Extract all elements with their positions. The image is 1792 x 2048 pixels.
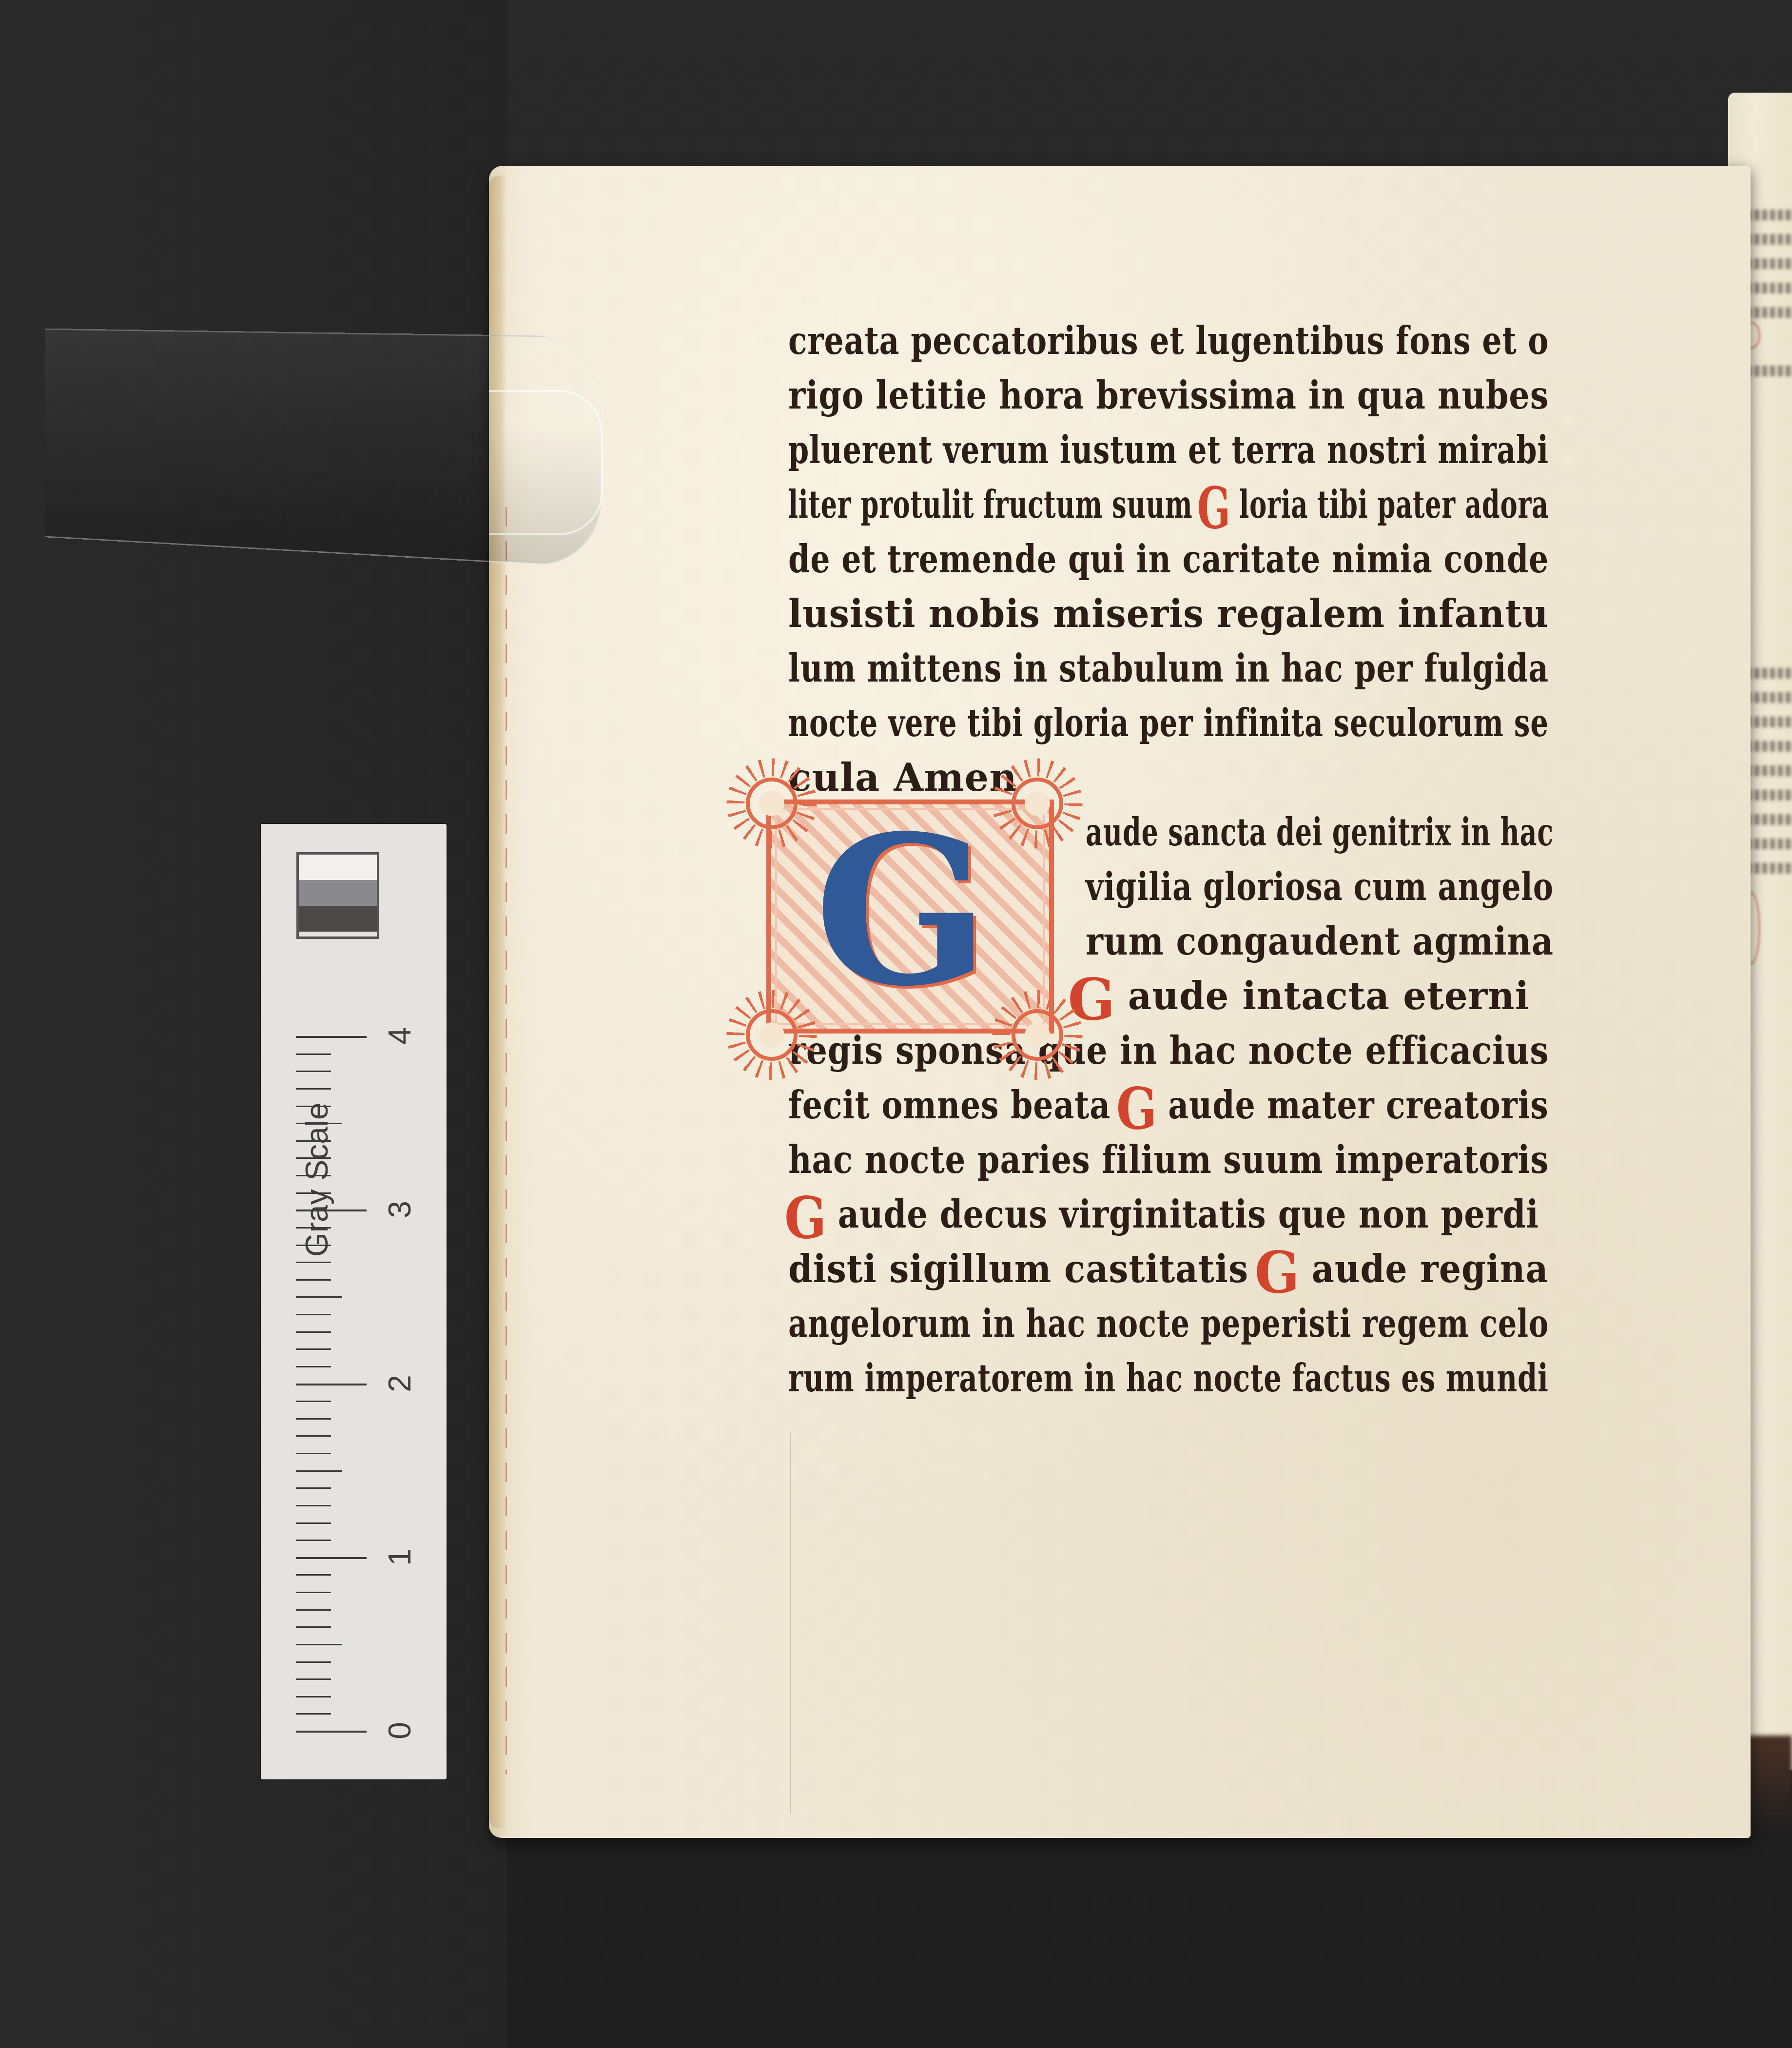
ghost-text-line bbox=[1747, 839, 1792, 849]
ruler-tick bbox=[296, 1609, 331, 1611]
line-text: de et tremende qui in caritate nimia con… bbox=[788, 537, 1549, 582]
rubric-initial: G bbox=[1197, 484, 1231, 532]
illuminated-initial: G bbox=[746, 778, 1058, 1055]
sunburst-ornament-icon bbox=[1012, 778, 1063, 829]
line-text: rigo letitie hora brevissima in qua nube… bbox=[788, 373, 1549, 418]
ruler-tick bbox=[296, 1366, 331, 1367]
ruler-tick bbox=[296, 1401, 331, 1402]
sunburst-ornament-icon bbox=[1012, 1009, 1063, 1061]
rubric-initial: G bbox=[784, 1193, 827, 1242]
ruler-tick bbox=[296, 1227, 331, 1229]
ruler-tick bbox=[296, 1522, 331, 1524]
sunburst-ornament-icon bbox=[746, 778, 798, 829]
ruler-tick bbox=[296, 1036, 367, 1038]
line-text: nocte vere tibi gloria per infinita secu… bbox=[788, 701, 1549, 745]
manuscript-line: creata peccatoribus et lugentibus fons e… bbox=[788, 312, 1549, 371]
ghost-text-line bbox=[1747, 863, 1792, 874]
ruler-tick bbox=[296, 1557, 367, 1559]
ruler-tick bbox=[296, 1209, 367, 1211]
ghost-text-line bbox=[1747, 258, 1792, 269]
manuscript-line: aude sancta dei genitrix in hac bbox=[1086, 803, 1554, 862]
ruler-tick bbox=[296, 1574, 331, 1576]
red-ruling-line bbox=[506, 507, 507, 1775]
manuscript-line: hac nocte paries filium suum imperatoris bbox=[788, 1131, 1549, 1190]
line-text: hac nocte paries filium suum imperatoris bbox=[788, 1138, 1549, 1182]
gray-scale-ruler: Gray Scale 01234 bbox=[261, 824, 447, 1779]
ruler-tick bbox=[296, 1088, 331, 1090]
ghost-text-line bbox=[1747, 283, 1792, 293]
initial-letter: G bbox=[804, 814, 999, 1009]
ruler-tick bbox=[296, 1245, 331, 1246]
ruler-number: 2 bbox=[385, 1366, 414, 1401]
manuscript-line: nocte vere tibi gloria per infinita secu… bbox=[788, 694, 1549, 753]
ghost-text-line bbox=[1747, 366, 1792, 376]
ruler-tick bbox=[296, 1470, 342, 1472]
manuscript-line: de et tremende qui in caritate nimia con… bbox=[788, 530, 1549, 589]
line-text: aude mater creatoris bbox=[1168, 1083, 1548, 1128]
ruler-tick bbox=[296, 1279, 331, 1281]
line-text: aude decus virginitatis que non perdi bbox=[838, 1192, 1539, 1237]
ruler-tick bbox=[296, 1731, 367, 1733]
manuscript-line: Gaude decus virginitatis que non perdi bbox=[779, 1186, 1539, 1244]
ruler-tick bbox=[296, 1140, 331, 1142]
line-text: rum congaudent agmina bbox=[1086, 919, 1554, 964]
ruler-tick bbox=[296, 1678, 331, 1680]
ghost-text-line bbox=[1747, 307, 1792, 318]
swatch-dark-gray bbox=[299, 906, 377, 932]
ghost-text-line bbox=[1747, 210, 1792, 220]
manuscript-line: rum imperatorem in hac nocte factus es m… bbox=[788, 1349, 1549, 1408]
gray-scale-label: Gray Scale bbox=[305, 1097, 329, 1263]
sunburst-ornament-icon bbox=[746, 1009, 798, 1061]
manuscript-line: Gaude intacta eterni bbox=[1061, 967, 1529, 1026]
ghost-text-line bbox=[1747, 814, 1792, 825]
ruler-tick bbox=[296, 1644, 342, 1645]
ruler-tick bbox=[296, 1123, 342, 1124]
line-text: aude sancta dei genitrix in hac bbox=[1086, 810, 1554, 855]
ruler-tick bbox=[296, 1175, 331, 1176]
ghost-text-line bbox=[1747, 234, 1792, 245]
line-text: liter protulit fructum suum bbox=[788, 483, 1192, 527]
line-text: aude intacta eterni bbox=[1128, 974, 1530, 1018]
ruler-number: 4 bbox=[385, 1019, 414, 1053]
acrylic-holder-tip bbox=[489, 390, 603, 535]
rubric-initial: G bbox=[1116, 1084, 1158, 1133]
line-text: loria tibi pater adora bbox=[1239, 483, 1549, 527]
line-text: vigilia gloriosa cum angelo bbox=[1086, 865, 1554, 909]
ruler-tick bbox=[296, 1157, 331, 1159]
ruler-tick bbox=[296, 1262, 331, 1263]
line-text: lusisti nobis miseris regalem infantu bbox=[788, 592, 1549, 636]
ruler-tick bbox=[296, 1626, 331, 1628]
ruler-tick bbox=[296, 1331, 331, 1333]
ghost-text-line bbox=[1747, 790, 1792, 800]
ruler-tick bbox=[296, 1348, 331, 1350]
manuscript-line: rum congaudent agmina bbox=[1086, 913, 1554, 971]
ruler-tick bbox=[296, 1418, 331, 1420]
ruler-tick bbox=[296, 1487, 331, 1489]
manuscript-line: liter protulit fructum suumGloria tibi p… bbox=[788, 476, 1549, 534]
ruler-tick bbox=[296, 1661, 331, 1663]
manuscript-line: disti sigillum castitatisGaude regina bbox=[788, 1240, 1549, 1299]
ruler-number: 0 bbox=[385, 1714, 414, 1748]
manuscript-line: lum mittens in stabulum in hac per fulgi… bbox=[788, 640, 1549, 698]
swatch-white bbox=[299, 855, 377, 880]
ruler-tick bbox=[296, 1106, 331, 1107]
ruler-tick bbox=[296, 1696, 331, 1697]
manuscript-line: vigilia gloriosa cum angelo bbox=[1086, 858, 1554, 917]
ruler-tick bbox=[296, 1592, 331, 1593]
ruler-tick bbox=[296, 1296, 342, 1298]
ruler-tick bbox=[296, 1505, 331, 1506]
manuscript-line: fecit omnes beataGaude mater creatoris bbox=[788, 1076, 1549, 1135]
ruler-tick bbox=[296, 1071, 331, 1072]
line-text: aude regina bbox=[1312, 1247, 1549, 1291]
line-text: angelorum in hac nocte peperisti regem c… bbox=[788, 1302, 1549, 1346]
line-text: fecit omnes beata bbox=[788, 1083, 1110, 1128]
line-text: rum imperatorem in hac nocte factus es m… bbox=[788, 1356, 1549, 1401]
manuscript-line: angelorum in hac nocte peperisti regem c… bbox=[788, 1295, 1549, 1353]
line-text: lum mittens in stabulum in hac per fulgi… bbox=[788, 646, 1549, 691]
line-text: pluerent verum iustum et terra nostri mi… bbox=[788, 428, 1549, 472]
ruler-tick bbox=[296, 1540, 331, 1541]
ruler-tick bbox=[296, 1453, 331, 1454]
gray-swatches bbox=[296, 852, 379, 939]
ruler-tick bbox=[296, 1713, 331, 1715]
ghost-text-line bbox=[1747, 692, 1792, 703]
ruler-tick bbox=[296, 1435, 331, 1437]
ghost-text-line bbox=[1747, 765, 1792, 776]
ghost-text-line bbox=[1747, 741, 1792, 752]
dry-ruling-line bbox=[790, 1433, 791, 1814]
swatch-mid-gray bbox=[299, 880, 377, 906]
ruler-tick bbox=[296, 1314, 331, 1315]
ruler-tick bbox=[296, 1384, 367, 1385]
rubric-initial: G bbox=[1255, 1248, 1300, 1297]
manuscript-line: pluerent verum iustum et terra nostri mi… bbox=[788, 421, 1549, 480]
manuscript-line: rigo letitie hora brevissima in qua nube… bbox=[788, 367, 1549, 425]
ruler-number: 3 bbox=[385, 1192, 414, 1227]
ruler-number: 1 bbox=[385, 1540, 414, 1574]
ruler-tick bbox=[296, 1192, 331, 1194]
ghost-text-line bbox=[1747, 668, 1792, 679]
ghost-text-line bbox=[1747, 717, 1792, 727]
manuscript-line: lusisti nobis miseris regalem infantu bbox=[788, 585, 1549, 644]
line-text: creata peccatoribus et lugentibus fons e… bbox=[788, 319, 1549, 363]
ruler-tick bbox=[296, 1053, 331, 1055]
line-text: disti sigillum castitatis bbox=[788, 1247, 1248, 1291]
